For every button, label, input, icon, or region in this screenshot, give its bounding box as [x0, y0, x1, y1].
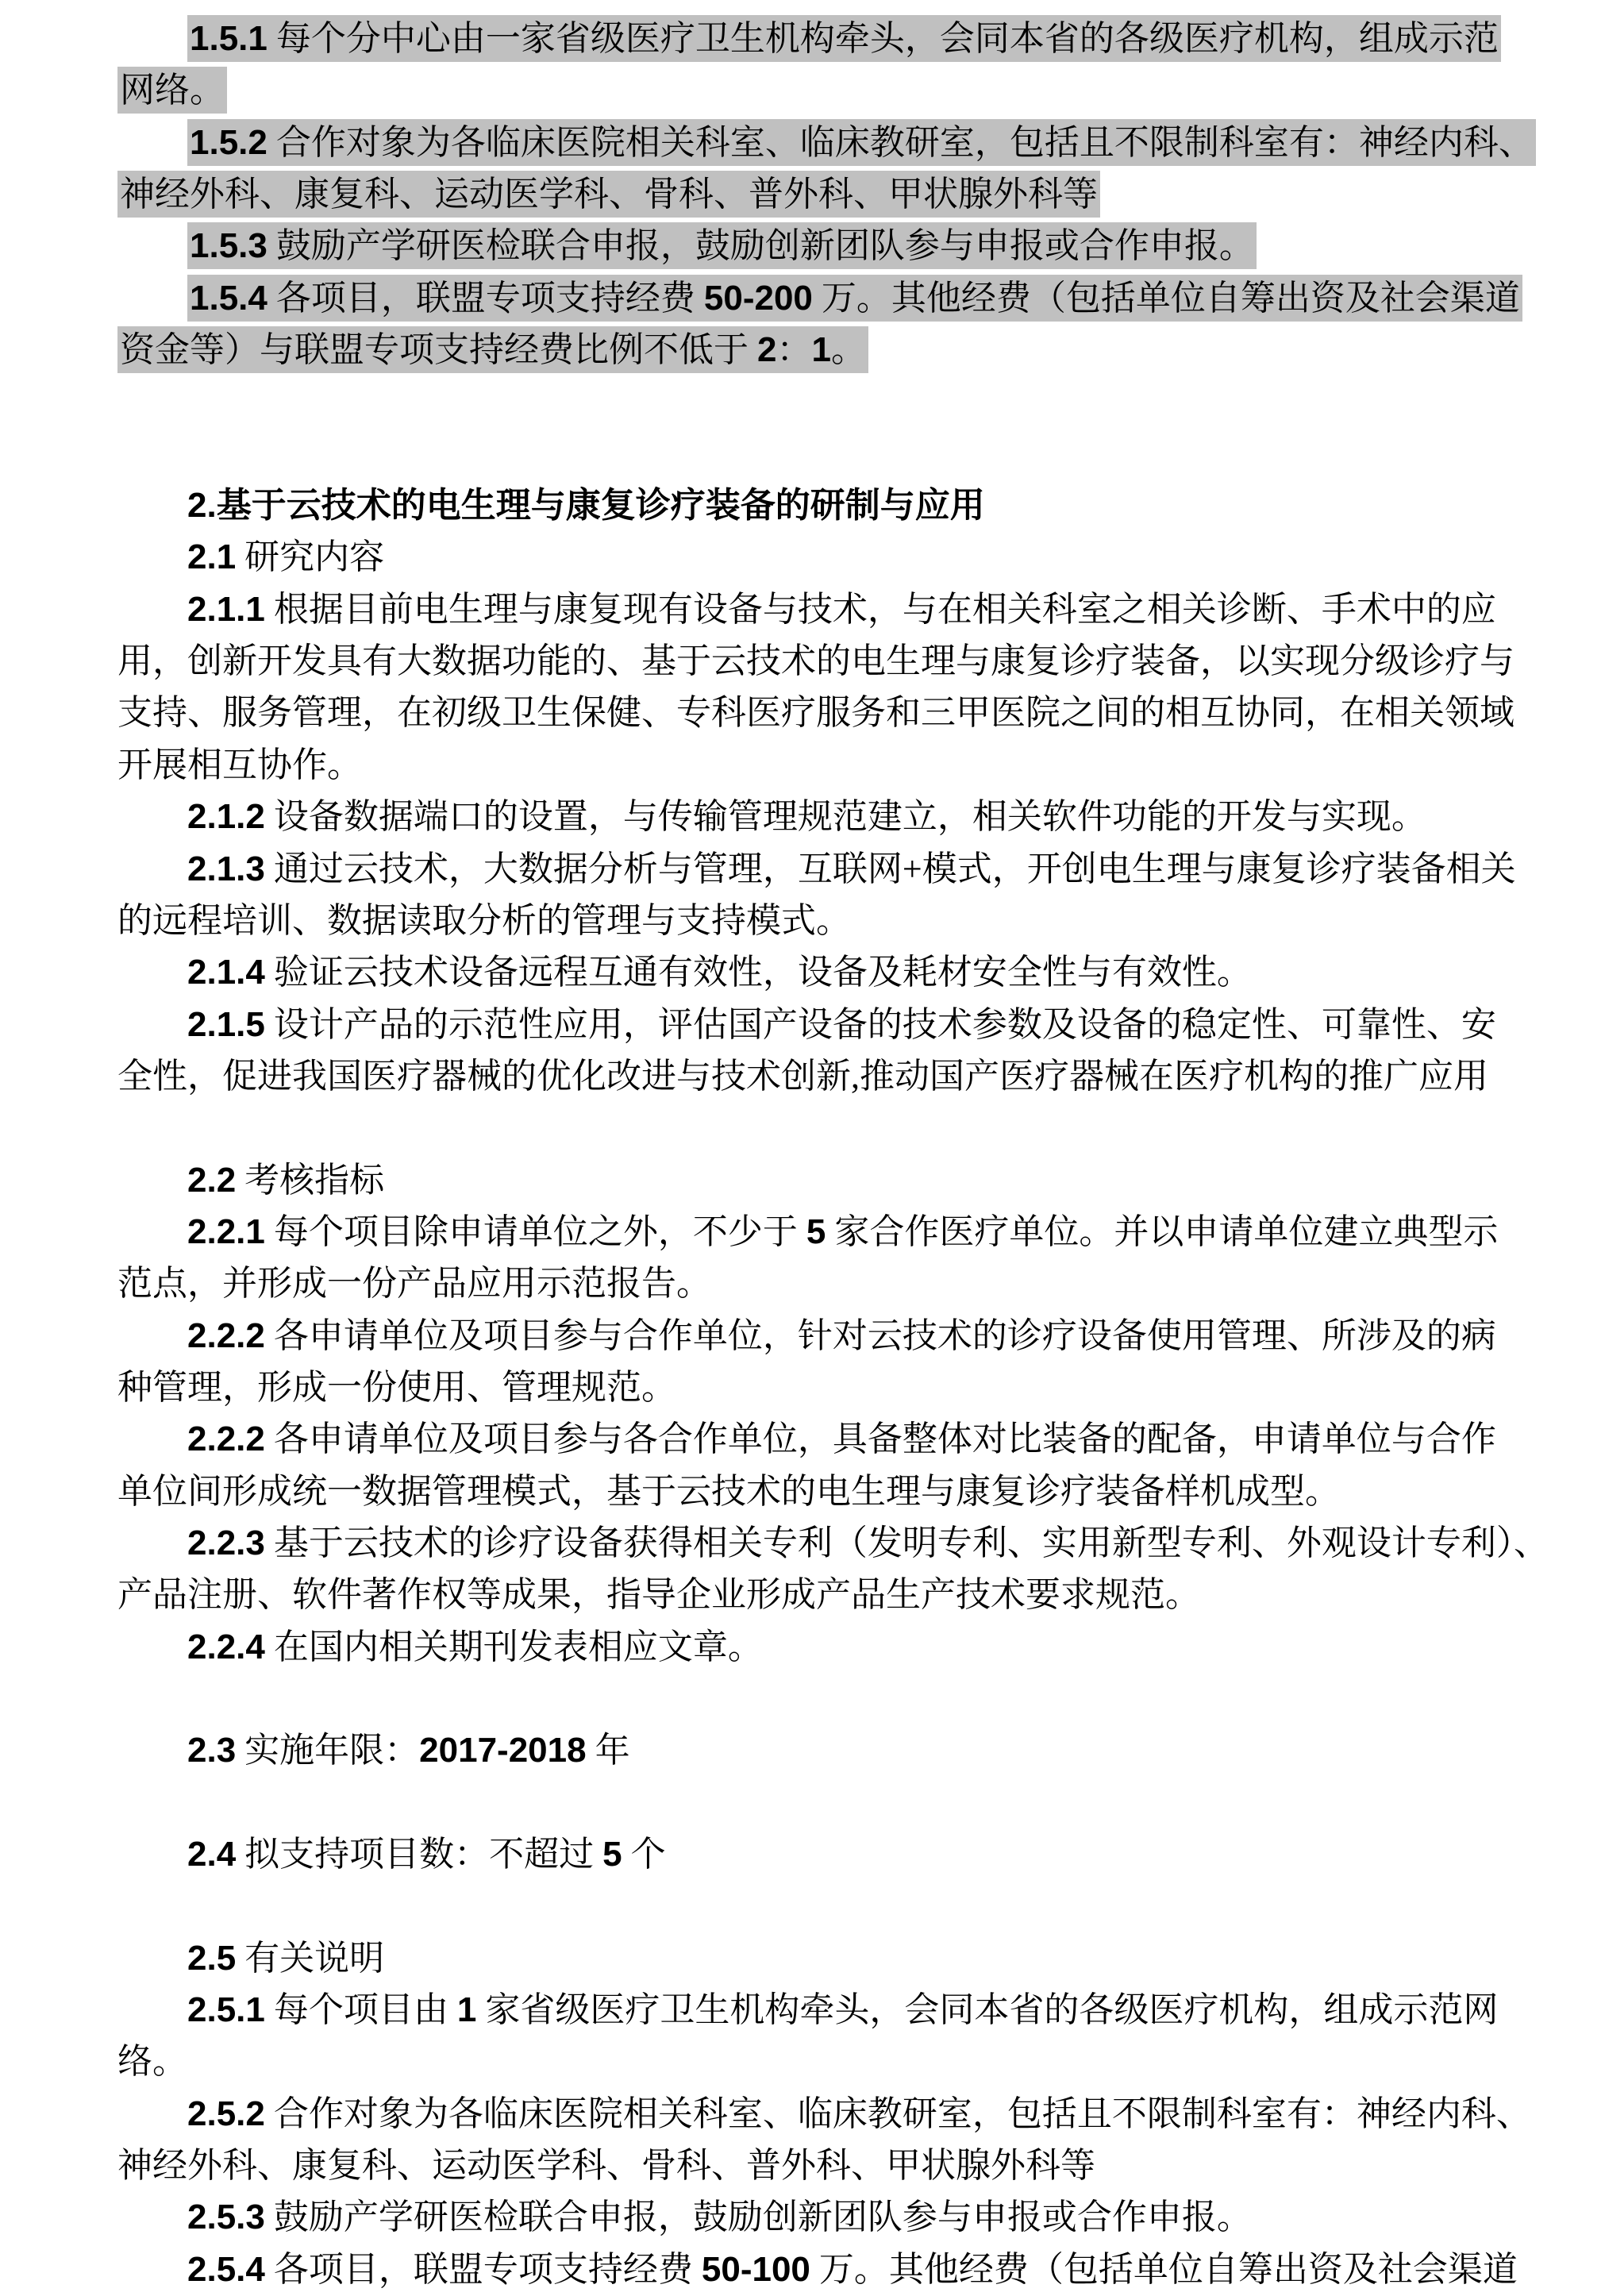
text-line: 1.5.2 合作对象为各临床医院相关科室、临床教研室，包括且不限制科室有：神经内…: [117, 117, 1545, 168]
blank-line: [117, 1102, 1545, 1154]
text-run: 范点，并形成一份产品应用示范报告。: [117, 1264, 711, 1303]
numeric-text: 2.1.2: [187, 797, 265, 836]
highlighted-text: 1.5.3 鼓励产学研医检联合申报，鼓励创新团队参与申报或合作申报。: [187, 222, 1257, 269]
text-line: 网络。: [117, 64, 1545, 116]
text-line: 单位间形成统一数据管理模式，基于云技术的电生理与康复诊疗装备样机成型。: [117, 1466, 1545, 1517]
text-run: 2.5.1 每个项目由 1 家省级医疗卫生机构牵头，会同本省的各级医疗机构，组成…: [187, 1990, 1498, 2029]
text-run: 2.5.4 各项目，联盟专项支持经费 50-100 万。其他经费（包括单位自筹出…: [187, 2250, 1518, 2289]
text-line: 2.4 拟支持项目数：不超过 5 个: [117, 1828, 1545, 1880]
text-run: 2.5.2 合作对象为各临床医院相关科室、临床教研室，包括且不限制科室有：神经内…: [187, 2094, 1531, 2133]
highlighted-text: 1.5.1 每个分中心由一家省级医疗卫生机构牵头，会同本省的各级医疗机构，组成示…: [187, 15, 1501, 62]
text-run: 络。: [117, 2042, 187, 2081]
highlighted-text: 神经外科、康复科、运动医学科、骨科、普外科、甲状腺外科等: [117, 171, 1100, 218]
document-body: 1.5.1 每个分中心由一家省级医疗卫生机构牵头，会同本省的各级医疗机构，组成示…: [117, 13, 1545, 2295]
text-line: 2.1.4 验证云技术设备远程互通有效性，设备及耗材安全性与有效性。: [117, 946, 1545, 998]
numeric-text: 2.1: [187, 537, 236, 576]
text-run: 全性，促进我国医疗器械的优化改进与技术创新,推动国产医疗器械在医疗机构的推广应用: [117, 1057, 1488, 1096]
text-run: 种管理，形成一份使用、管理规范。: [117, 1368, 676, 1407]
text-run: 的远程培训、数据读取分析的管理与支持模式。: [117, 901, 851, 940]
text-line: 2.2.2 各申请单位及项目参与合作单位，针对云技术的诊疗设备使用管理、所涉及的…: [117, 1310, 1545, 1362]
blank-line: [117, 1777, 1545, 1828]
text-run: 单位间形成统一数据管理模式，基于云技术的电生理与康复诊疗装备样机成型。: [117, 1472, 1340, 1511]
text-line: 2.2.4 在国内相关期刊发表相应文章。: [117, 1621, 1545, 1673]
text-line: 用，创新开发具有大数据功能的、基于云技术的电生理与康复诊疗装备，以实现分级诊疗与: [117, 635, 1545, 687]
text-line: 2.5.3 鼓励产学研医检联合申报，鼓励创新团队参与申报或合作申报。: [117, 2191, 1545, 2243]
text-run: 2.3 实施年限：2017-2018 年: [187, 1731, 630, 1770]
text-line: 支持、服务管理，在初级卫生保健、专科医疗服务和三甲医院之间的相互协同，在相关领域: [117, 687, 1545, 738]
numeric-text: 2.2.2: [187, 1316, 265, 1355]
numeric-text: 5: [806, 1212, 826, 1251]
numeric-text: 2.1.4: [187, 953, 265, 992]
numeric-text: 2.2.3: [187, 1524, 265, 1562]
text-run: 产品注册、软件著作权等成果，指导企业形成产品生产技术要求规范。: [117, 1575, 1200, 1614]
text-run: 支持、服务管理，在初级卫生保健、专科医疗服务和三甲医院之间的相互协同，在相关领域: [117, 693, 1515, 732]
text-run: 2.2.1 每个项目除申请单位之外，不少于 5 家合作医疗单位。并以申请单位建立…: [187, 1212, 1498, 1251]
numeric-text: 2017-2018: [419, 1731, 586, 1770]
blank-line: [117, 428, 1545, 480]
numeric-text: 1: [457, 1990, 476, 2029]
text-run: 2.2.2 各申请单位及项目参与各合作单位，具备整体对比装备的配备，申请单位与合…: [187, 1420, 1496, 1458]
numeric-text: 2.1.3: [187, 849, 265, 888]
blank-line: [117, 376, 1545, 427]
text-run: 2.1.5 设计产品的示范性应用，评估国产设备的技术参数及设备的稳定性、可靠性、…: [187, 1005, 1496, 1044]
text-run: 2.1 研究内容: [187, 537, 384, 576]
numeric-text: 2.5.4: [187, 2250, 265, 2289]
text-line: 2.基于云技术的电生理与康复诊疗装备的研制与应用: [117, 480, 1545, 531]
text-line: 1.5.3 鼓励产学研医检联合申报，鼓励创新团队参与申报或合作申报。: [117, 220, 1545, 272]
text-line: 2.1.5 设计产品的示范性应用，评估国产设备的技术参数及设备的稳定性、可靠性、…: [117, 999, 1545, 1050]
numeric-text: 50-100: [702, 2250, 810, 2289]
document-page: 1.5.1 每个分中心由一家省级医疗卫生机构牵头，会同本省的各级医疗机构，组成示…: [0, 0, 1605, 2296]
text-line: 2.5.4 各项目，联盟专项支持经费 50-100 万。其他经费（包括单位自筹出…: [117, 2244, 1545, 2295]
text-line: 1.5.4 各项目，联盟专项支持经费 50-200 万。其他经费（包括单位自筹出…: [117, 272, 1545, 324]
text-line: 开展相互协作。: [117, 739, 1545, 791]
numeric-text: 1: [811, 330, 830, 369]
text-line: 的远程培训、数据读取分析的管理与支持模式。: [117, 895, 1545, 946]
text-run: 神经外科、康复科、运动医学科、骨科、普外科、甲状腺外科等: [117, 2146, 1095, 2185]
numeric-text: 2.: [187, 486, 217, 525]
text-line: 1.5.1 每个分中心由一家省级医疗卫生机构牵头，会同本省的各级医疗机构，组成示…: [117, 13, 1545, 64]
numeric-text: 2.5.1: [187, 1990, 265, 2029]
text-run: 2.1.3 通过云技术，大数据分析与管理，互联网+模式，开创电生理与康复诊疗装备…: [187, 849, 1516, 888]
numeric-text: 1.5.2: [190, 123, 267, 162]
numeric-text: 2: [757, 330, 776, 369]
text-line: 2.2.1 每个项目除申请单位之外，不少于 5 家合作医疗单位。并以申请单位建立…: [117, 1206, 1545, 1258]
text-run: 2.5.3 鼓励产学研医检联合申报，鼓励创新团队参与申报或合作申报。: [187, 2198, 1252, 2236]
highlighted-text: 1.5.4 各项目，联盟专项支持经费 50-200 万。其他经费（包括单位自筹出…: [187, 275, 1522, 322]
highlighted-text: 网络。: [117, 67, 227, 114]
text-run: 2.2.4 在国内相关期刊发表相应文章。: [187, 1628, 763, 1666]
text-line: 2.2.3 基于云技术的诊疗设备获得相关专利（发明专利、实用新型专利、外观设计专…: [117, 1517, 1545, 1569]
numeric-text: 1.5.3: [190, 226, 267, 265]
text-run: 2.2.3 基于云技术的诊疗设备获得相关专利（发明专利、实用新型专利、外观设计专…: [187, 1524, 1549, 1562]
text-run: 2.4 拟支持项目数：不超过 5 个: [187, 1835, 666, 1874]
numeric-text: 2.2.4: [187, 1628, 265, 1666]
blank-line: [117, 1880, 1545, 1932]
text-line: 种管理，形成一份使用、管理规范。: [117, 1362, 1545, 1413]
numeric-text: 2.3: [187, 1731, 236, 1770]
text-line: 神经外科、康复科、运动医学科、骨科、普外科、甲状腺外科等: [117, 168, 1545, 220]
highlighted-text: 资金等）与联盟专项支持经费比例不低于 2：1。: [117, 326, 868, 373]
text-line: 神经外科、康复科、运动医学科、骨科、普外科、甲状腺外科等: [117, 2140, 1545, 2191]
text-line: 络。: [117, 2036, 1545, 2087]
text-line: 2.5 有关说明: [117, 1932, 1545, 1984]
text-run: 2.1.2 设备数据端口的设置，与传输管理规范建立，相关软件功能的开发与实现。: [187, 797, 1426, 836]
text-line: 全性，促进我国医疗器械的优化改进与技术创新,推动国产医疗器械在医疗机构的推广应用: [117, 1050, 1545, 1102]
text-run: 2.1.1 根据目前电生理与康复现有设备与技术，与在相关科室之相关诊断、手术中的…: [187, 590, 1496, 629]
numeric-text: 2.2.1: [187, 1212, 265, 1251]
numeric-text: 1.5.1: [190, 19, 267, 58]
text-run: 开展相互协作。: [117, 745, 362, 784]
numeric-text: 2.5.3: [187, 2198, 265, 2236]
text-run: 2.5 有关说明: [187, 1939, 384, 1978]
text-line: 2.1.3 通过云技术，大数据分析与管理，互联网+模式，开创电生理与康复诊疗装备…: [117, 843, 1545, 895]
numeric-text: 2.1.5: [187, 1005, 265, 1044]
text-run: 2.1.4 验证云技术设备远程互通有效性，设备及耗材安全性与有效性。: [187, 953, 1252, 992]
numeric-text: 2.2.2: [187, 1420, 265, 1458]
text-line: 2.3 实施年限：2017-2018 年: [117, 1724, 1545, 1776]
text-line: 资金等）与联盟专项支持经费比例不低于 2：1。: [117, 324, 1545, 376]
numeric-text: 2.5.2: [187, 2094, 265, 2133]
text-line: 2.5.2 合作对象为各临床医院相关科室、临床教研室，包括且不限制科室有：神经内…: [117, 2088, 1545, 2140]
numeric-text: 2.4: [187, 1835, 236, 1874]
text-run: 用，创新开发具有大数据功能的、基于云技术的电生理与康复诊疗装备，以实现分级诊疗与: [117, 641, 1515, 680]
text-run: 2.基于云技术的电生理与康复诊疗装备的研制与应用: [187, 486, 985, 525]
text-line: 产品注册、软件著作权等成果，指导企业形成产品生产技术要求规范。: [117, 1569, 1545, 1620]
text-run: 2.2 考核指标: [187, 1161, 384, 1200]
numeric-text: 2.1.1: [187, 590, 265, 629]
text-run: 2.2.2 各申请单位及项目参与合作单位，针对云技术的诊疗设备使用管理、所涉及的…: [187, 1316, 1496, 1355]
text-line: 2.1.1 根据目前电生理与康复现有设备与技术，与在相关科室之相关诊断、手术中的…: [117, 584, 1545, 635]
numeric-text: 50-200: [704, 279, 813, 318]
numeric-text: 1.5.4: [190, 279, 267, 318]
numeric-text: 2.5: [187, 1939, 236, 1978]
highlighted-text: 1.5.2 合作对象为各临床医院相关科室、临床教研室，包括且不限制科室有：神经内…: [187, 119, 1536, 166]
text-line: 2.2 考核指标: [117, 1154, 1545, 1206]
text-line: 2.1 研究内容: [117, 531, 1545, 583]
text-line: 范点，并形成一份产品应用示范报告。: [117, 1258, 1545, 1309]
numeric-text: 5: [602, 1835, 622, 1874]
blank-line: [117, 1673, 1545, 1724]
numeric-text: 2.2: [187, 1161, 236, 1200]
text-line: 2.1.2 设备数据端口的设置，与传输管理规范建立，相关软件功能的开发与实现。: [117, 791, 1545, 842]
text-line: 2.5.1 每个项目由 1 家省级医疗卫生机构牵头，会同本省的各级医疗机构，组成…: [117, 1984, 1545, 2036]
text-line: 2.2.2 各申请单位及项目参与各合作单位，具备整体对比装备的配备，申请单位与合…: [117, 1413, 1545, 1465]
